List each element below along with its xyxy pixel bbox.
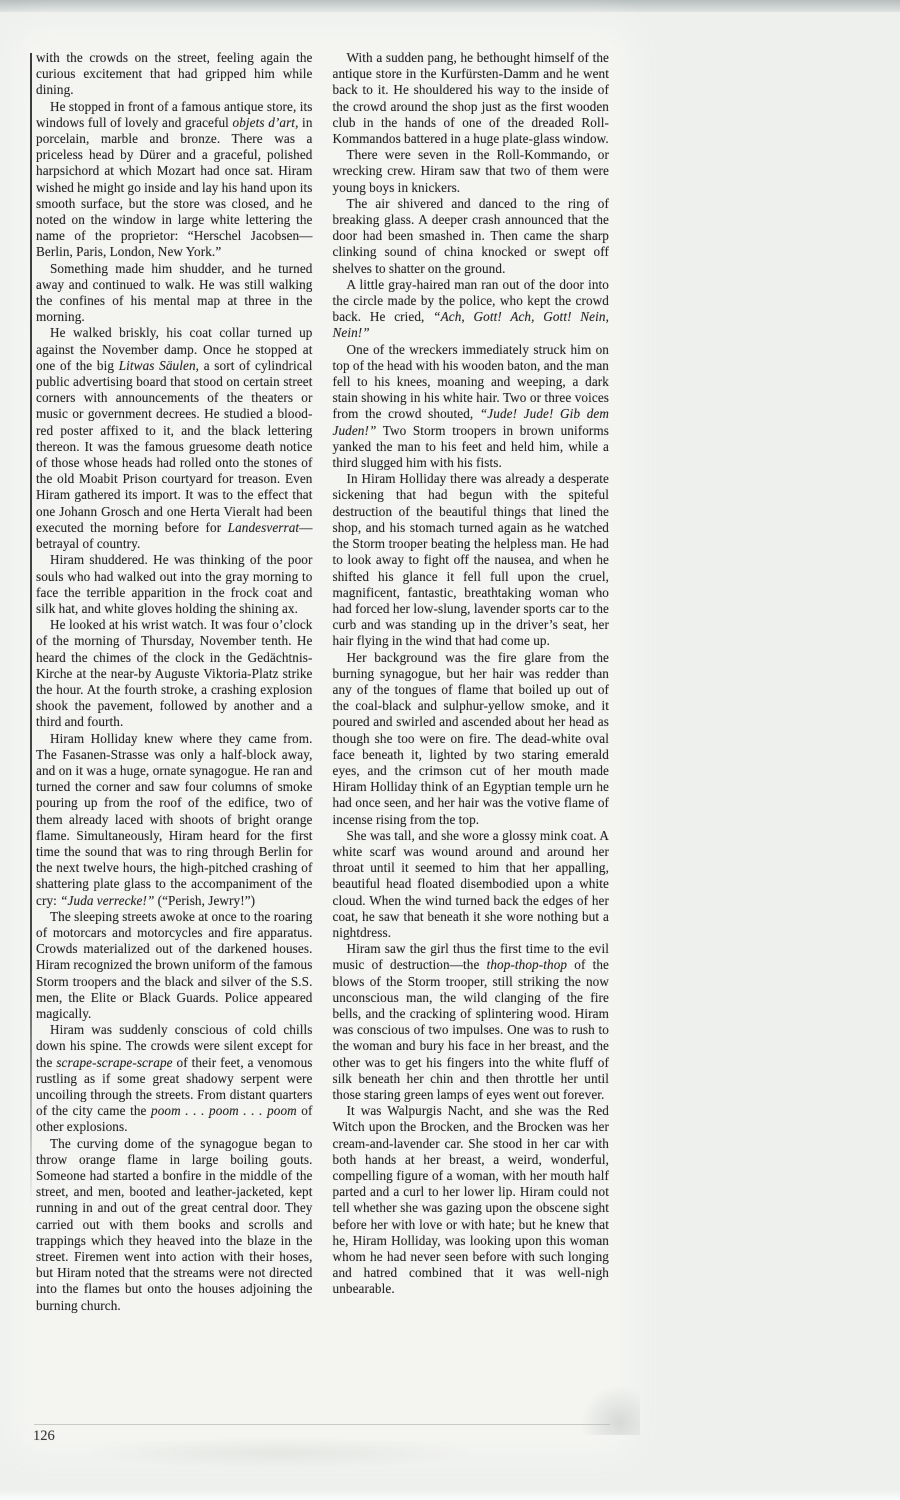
page-curl-shadow: [580, 1385, 640, 1435]
paragraph: He walked briskly, his coat collar turne…: [36, 325, 313, 552]
paragraph: Hiram was suddenly conscious of cold chi…: [36, 1022, 313, 1135]
scan-bottom-band: [0, 1490, 900, 1500]
paragraph: with the crowds on the street, feeling a…: [36, 50, 313, 99]
text-block: with the crowds on the street, feeling a…: [36, 50, 609, 1314]
paragraph: There were seven in the Roll-Kommando, o…: [333, 147, 610, 196]
paragraph: She was tall, and she wore a glossy mink…: [333, 828, 610, 941]
paragraph: A little gray-haired man ran out of the …: [333, 277, 610, 342]
paragraph: Something made him shudder, and he turne…: [36, 261, 313, 326]
paragraph: The curving dome of the synagogue began …: [36, 1136, 313, 1314]
text-column-left: with the crowds on the street, feeling a…: [36, 50, 313, 1314]
paragraph: Hiram Holliday knew where they came from…: [36, 731, 313, 909]
paragraph: He looked at his wrist watch. It was fou…: [36, 617, 313, 730]
text-column-right: With a sudden pang, he bethought himself…: [333, 50, 610, 1314]
scan-smudge: [90, 1438, 470, 1468]
bottom-rule: [34, 1424, 610, 1425]
paragraph: Her background was the fire glare from t…: [333, 650, 610, 828]
paragraph: Hiram saw the girl thus the first time t…: [333, 941, 610, 1103]
page-number: 126: [33, 1428, 55, 1445]
paragraph: With a sudden pang, he bethought himself…: [333, 50, 610, 147]
paragraph: He stopped in front of a famous antique …: [36, 99, 313, 261]
paragraph: One of the wreckers immediately struck h…: [333, 342, 610, 472]
paragraph: In Hiram Holliday there was already a de…: [333, 471, 610, 649]
paragraph: It was Walpurgis Nacht, and she was the …: [333, 1103, 610, 1297]
scan-top-band: [0, 0, 900, 12]
paragraph: Hiram shuddered. He was thinking of the …: [36, 552, 313, 617]
paragraph: The sleeping streets awoke at once to th…: [36, 909, 313, 1022]
paragraph: The air shivered and danced to the ring …: [333, 196, 610, 277]
scanned-book-page: { "colors": { "paper": "#f4f5f1", "backg…: [0, 0, 900, 1500]
scan-gutter-line: [30, 53, 32, 1208]
